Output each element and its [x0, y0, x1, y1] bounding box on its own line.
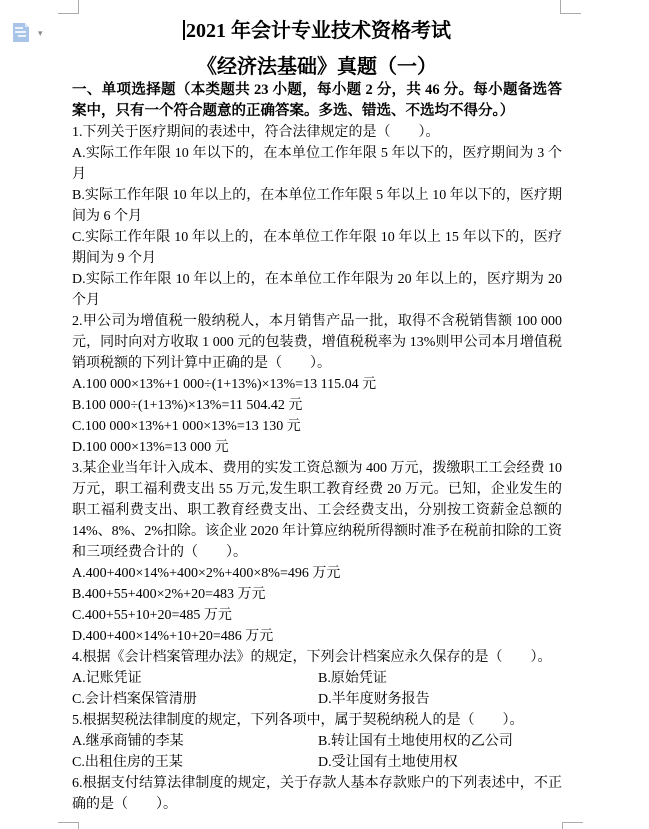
option-item: A.实际工作年限 10 年以下的，在本单位工作年限 5 年以下的，医疗期间为 3… — [72, 143, 562, 185]
question-5: 5.根据契税法律制度的规定，下列各项中，属于契税纳税人的是（ ）。 A.继承商铺… — [72, 710, 562, 773]
text-boundary-mark-bottom-right — [562, 822, 583, 829]
question-4: 4.根据《会计档案管理办法》的规定，下列会计档案应永久保存的是（ ）。 A.记账… — [72, 647, 562, 710]
option-item: B.400+55+400×2%+20=483 万元 — [72, 584, 562, 605]
option-item: B.原始凭证 — [318, 668, 562, 689]
option-item: A.100 000×13%+1 000÷(1+13%)×13%=13 115.0… — [72, 374, 562, 395]
option-item: C.实际工作年限 10 年以上的，在本单位工作年限 10 年以上 15 年以下的… — [72, 227, 562, 269]
option-item: A.400+400×14%+400×2%+400×8%=496 万元 — [72, 563, 562, 584]
option-item: D.受让国有土地使用权 — [318, 752, 562, 773]
option-item: B.100 000÷(1+13%)×13%=11 504.42 元 — [72, 395, 562, 416]
document-title: 2021 年会计专业技术资格考试 — [72, 18, 562, 44]
document-page[interactable]: ▾ 2021 年会计专业技术资格考试 《经济法基础》真题（一） 一、单项选择题（… — [0, 0, 649, 829]
option-item: D.100 000×13%=13 000 元 — [72, 437, 562, 458]
text-boundary-mark-top-right — [560, 0, 581, 14]
option-item: B.转让国有土地使用权的乙公司 — [318, 731, 562, 752]
option-item: D.400+400×14%+10+20=486 万元 — [72, 626, 562, 647]
question-2: 2.甲公司为增值税一般纳税人，本月销售产品一批，取得不含税销售额 100 000… — [72, 311, 562, 458]
question-stem: 4.根据《会计档案管理办法》的规定，下列会计档案应永久保存的是（ ）。 — [72, 647, 562, 668]
question-stem: 5.根据契税法律制度的规定，下列各项中，属于契税纳税人的是（ ）。 — [72, 710, 562, 731]
option-item: D.实际工作年限 10 年以上的，在本单位工作年限为 20 年以上的，医疗期为 … — [72, 269, 562, 311]
clipboard-paste-icon[interactable] — [12, 22, 31, 43]
document-subtitle: 《经济法基础》真题（一） — [72, 54, 562, 80]
question-stem: 3.某企业当年计入成本、费用的实发工资总额为 400 万元，拨缴职工工会经费 1… — [72, 458, 562, 563]
option-item: C.400+55+10+20=485 万元 — [72, 605, 562, 626]
question-stem: 6.根据支付结算法律制度的规定，关于存款人基本存款账户的下列表述中，不正确的是（… — [72, 773, 562, 815]
text-cursor — [183, 20, 185, 40]
chevron-down-icon[interactable]: ▾ — [38, 29, 43, 39]
section-heading: 一、单项选择题（本类题共 23 小题，每小题 2 分，共 46 分。每小题备选答… — [72, 80, 562, 122]
option-item: C.会计档案保管清册 — [72, 689, 318, 710]
question-stem: 1.下列关于医疗期间的表述中，符合法律规定的是（ ）。 — [72, 122, 562, 143]
paste-options-button[interactable]: ▾ — [12, 22, 43, 43]
question-6: 6.根据支付结算法律制度的规定，关于存款人基本存款账户的下列表述中，不正确的是（… — [72, 773, 562, 815]
document-content[interactable]: 2021 年会计专业技术资格考试 《经济法基础》真题（一） 一、单项选择题（本类… — [72, 12, 562, 815]
option-item: A.记账凭证 — [72, 668, 318, 689]
question-1: 1.下列关于医疗期间的表述中，符合法律规定的是（ ）。 A.实际工作年限 10 … — [72, 122, 562, 311]
option-item: C.出租住房的王某 — [72, 752, 318, 773]
question-3: 3.某企业当年计入成本、费用的实发工资总额为 400 万元，拨缴职工工会经费 1… — [72, 458, 562, 647]
text-boundary-mark-bottom-left — [58, 822, 79, 829]
option-item: C.100 000×13%+1 000×13%=13 130 元 — [72, 416, 562, 437]
option-item: D.半年度财务报告 — [318, 689, 562, 710]
option-item: B.实际工作年限 10 年以上的，在本单位工作年限 5 年以上 10 年以下的，… — [72, 185, 562, 227]
question-stem: 2.甲公司为增值税一般纳税人，本月销售产品一批，取得不含税销售额 100 000… — [72, 311, 562, 374]
option-item: A.继承商铺的李某 — [72, 731, 318, 752]
